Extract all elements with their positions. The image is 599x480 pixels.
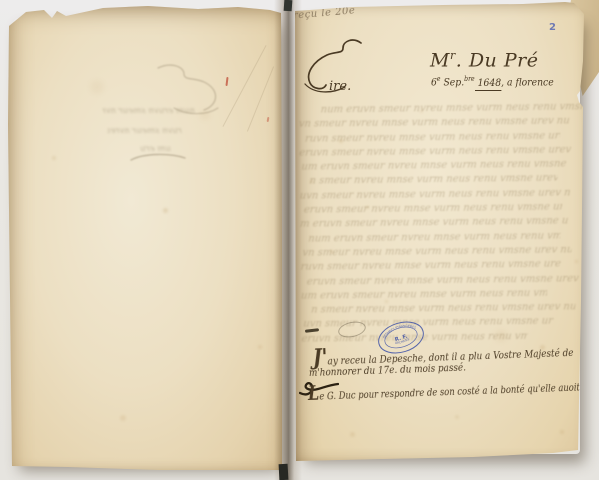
paper-scratch	[247, 66, 274, 131]
faded-letter-body: num eruvn smeur nvreu mnse vurm neus ren…	[299, 100, 582, 346]
foxing-spot	[330, 250, 333, 253]
foxing-spot	[120, 415, 126, 421]
addressee-heading: Mr. Du Pré	[430, 49, 538, 71]
foxing-spot	[90, 80, 104, 94]
right-page: reçu le 20e 2 ire. Mr. Du Pré 6e Sep.bre…	[293, 1, 588, 463]
salutation-tail: ire.	[329, 79, 351, 94]
paper-scratch	[222, 45, 266, 127]
foxing-spot	[495, 330, 507, 342]
foxing-spot	[350, 432, 355, 437]
foxing-spot	[560, 430, 564, 434]
foxing-spot	[455, 415, 459, 419]
foxing-spot	[258, 345, 262, 349]
showthrough-line: num eruvn smeur nvreu mnse vurm neus ren…	[102, 106, 195, 117]
folio-number: 2	[549, 22, 556, 33]
foxing-spot	[420, 110, 423, 113]
foxing-spot	[540, 345, 545, 350]
foxing-spot	[575, 260, 578, 263]
dateline: 6e Sep.bre 1648, a florence	[431, 75, 554, 89]
date-year-underlined: 1648	[475, 77, 501, 91]
left-page: num eruvn smeur nvreu mnse vurm neus ren…	[8, 4, 282, 472]
foxing-spot	[385, 300, 388, 303]
archivist-annotation: reçu le 20e	[293, 5, 356, 21]
salutation-sire-flourish: ire.	[299, 38, 375, 96]
foxing-spot	[339, 139, 343, 143]
foxing-spot	[163, 208, 168, 213]
foxing-spot	[200, 110, 210, 120]
manuscript-scan: num eruvn smeur nvreu mnse vurm neus ren…	[0, 0, 599, 480]
foxing-spot	[310, 180, 313, 183]
showthrough-underline-swash	[128, 151, 188, 163]
showthrough-line: ruvn smeur nvreu mnse vurm neus renu vms…	[106, 126, 182, 137]
binding-tab-top	[284, 0, 293, 11]
foxing-spot	[52, 156, 56, 160]
binding-tab-bottom	[279, 464, 289, 480]
foxing-spot	[366, 206, 369, 209]
